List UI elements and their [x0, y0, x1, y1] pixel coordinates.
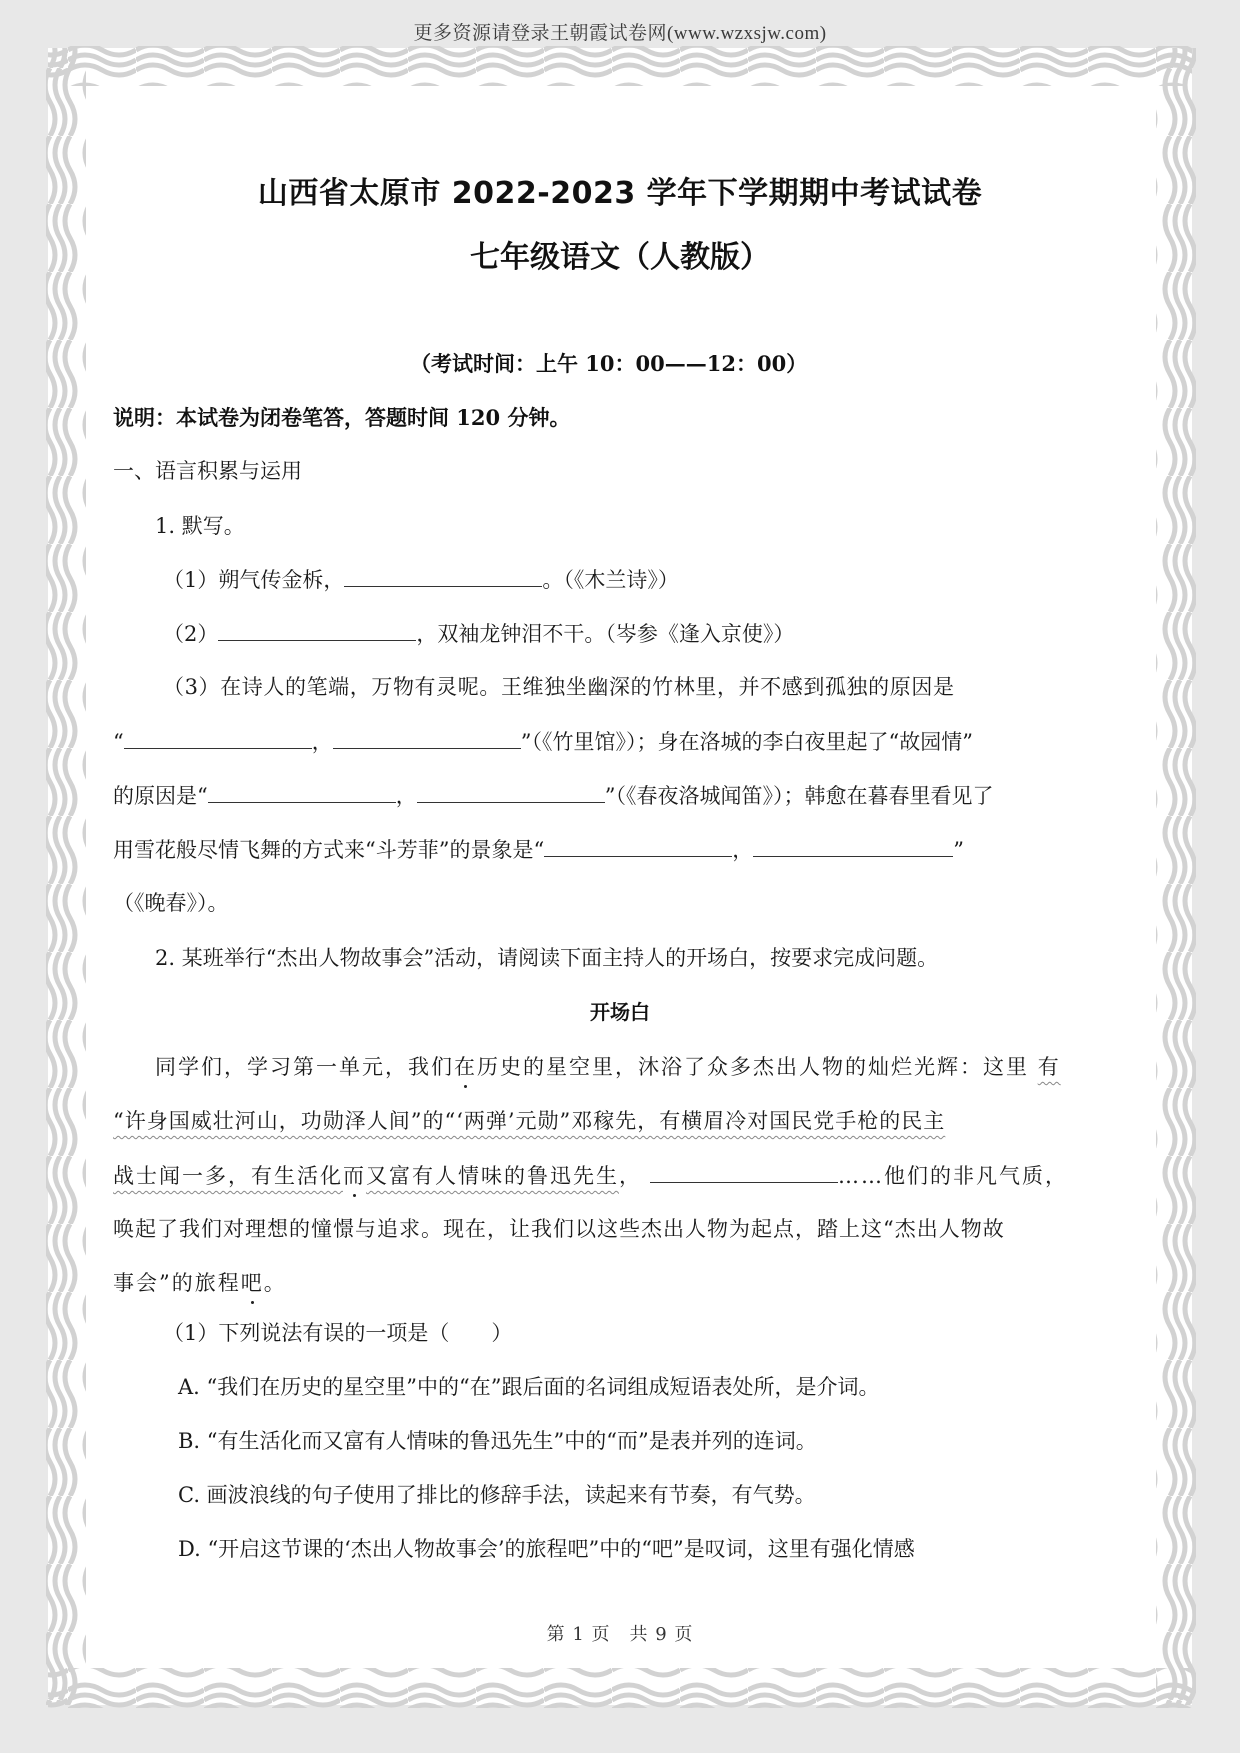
question-2-label: 2. 某班举行“杰出人物故事会”活动，请阅读下面主持人的开场白，按要求完成问题。 — [155, 943, 938, 973]
passage-line-1: 同学们，学习第一单元，我们在历史的星空里，沐浴了众多杰出人物的灿烂光辉：这里 有 — [155, 1052, 1061, 1082]
option-a[interactable]: A. “我们在历史的星空里”中的“在”跟后面的名词组成短语表处所，是介词。 — [178, 1372, 879, 1402]
question-1-label: 1. 默写。 — [155, 511, 245, 541]
answer-blank[interactable] — [344, 564, 542, 587]
wavy-underlined-text: 又富有人情味的鲁迅先生 — [366, 1164, 619, 1188]
answer-blank[interactable] — [650, 1160, 838, 1183]
question-1-item-3-line-1: （3）在诗人的笔端，万物有灵呢。王维独坐幽深的竹林里，并不感到孤独的原因是 — [163, 672, 955, 702]
wavy-underlined-text: 战士闻一多，有生活化 — [113, 1164, 343, 1188]
question-1-item-2: （2），双袖龙钟泪不干。（岑参《逢入京使》） — [163, 618, 794, 649]
question-1-item-3-line-2: “，”（《竹里馆》）；身在洛城的李白夜里起了“故园情” — [113, 726, 973, 757]
wavy-underlined-text: 有 — [1038, 1055, 1061, 1079]
exam-time: （考试时间：上午 10：00——12：00） — [410, 349, 807, 379]
answer-blank[interactable] — [208, 780, 396, 803]
passage-line-2: “许身国威壮河山，功勋泽人间”的“‘两弹’元勋”邓稼先，有横眉冷对国民党手枪的民… — [113, 1106, 945, 1136]
option-b[interactable]: B. “有生活化而又富有人情味的鲁迅先生”中的“而”是表并列的连词。 — [178, 1426, 817, 1456]
question-1-item-3-line-3: 的原因是“，”（《春夜洛城闻笛》）；韩愈在暮春里看见了 — [113, 780, 993, 811]
option-d[interactable]: D. “开启这节课的‘杰出人物故事会’的旅程吧”中的“吧”是叹词，这里有强化情感 — [178, 1534, 915, 1564]
emphasis-dot-char: 在 — [454, 1055, 477, 1079]
question-1-item-3-line-4: 用雪花般尽情飞舞的方式来“斗芳菲”的景象是“，” — [113, 834, 964, 865]
answer-blank[interactable] — [124, 726, 312, 749]
emphasis-dot-char: 吧 — [241, 1271, 264, 1295]
answer-blank[interactable] — [544, 834, 732, 857]
wavy-underlined-text: “许身国威壮河山，功勋泽人间”的“‘两弹’元勋”邓稼先，有横眉冷对国民党手枪的民… — [113, 1109, 945, 1133]
exam-instructions: 说明：本试卷为闭卷笔答，答题时间 120 分钟。 — [113, 403, 570, 433]
sub-question-1: （1）下列说法有误的一项是（ ） — [163, 1318, 512, 1348]
question-1-item-1: （1）朔气传金柝，。（《木兰诗》） — [163, 564, 679, 595]
answer-blank[interactable] — [417, 780, 605, 803]
passage-title: 开场白 — [0, 997, 1240, 1027]
answer-blank[interactable] — [333, 726, 521, 749]
question-1-item-3-line-5: （《晚春》）。 — [113, 888, 229, 918]
passage-line-4: 唤起了我们对理想的憧憬与追求。现在，让我们以这些杰出人物为起点，踏上这“杰出人物… — [113, 1214, 1005, 1244]
exam-title: 山西省太原市 2022-2023 学年下学期期中考试试卷 — [0, 168, 1240, 212]
answer-blank[interactable] — [218, 618, 416, 641]
passage-line-3: 战士闻一多，有生活化而又富有人情味的鲁迅先生，……他们的非凡气质， — [113, 1160, 1068, 1191]
answer-blank[interactable] — [753, 834, 953, 857]
passage-line-5: 事会”的旅程吧。 — [113, 1268, 287, 1298]
option-c[interactable]: C. 画波浪线的句子使用了排比的修辞手法，读起来有节奏，有气势。 — [178, 1480, 816, 1510]
page-number: 第 1 页 共 9 页 — [0, 1620, 1240, 1646]
section-heading: 一、语言积累与运用 — [113, 456, 302, 486]
exam-subtitle: 七年级语文（人教版） — [0, 232, 1240, 276]
emphasis-dot-char: 而 — [343, 1164, 366, 1188]
